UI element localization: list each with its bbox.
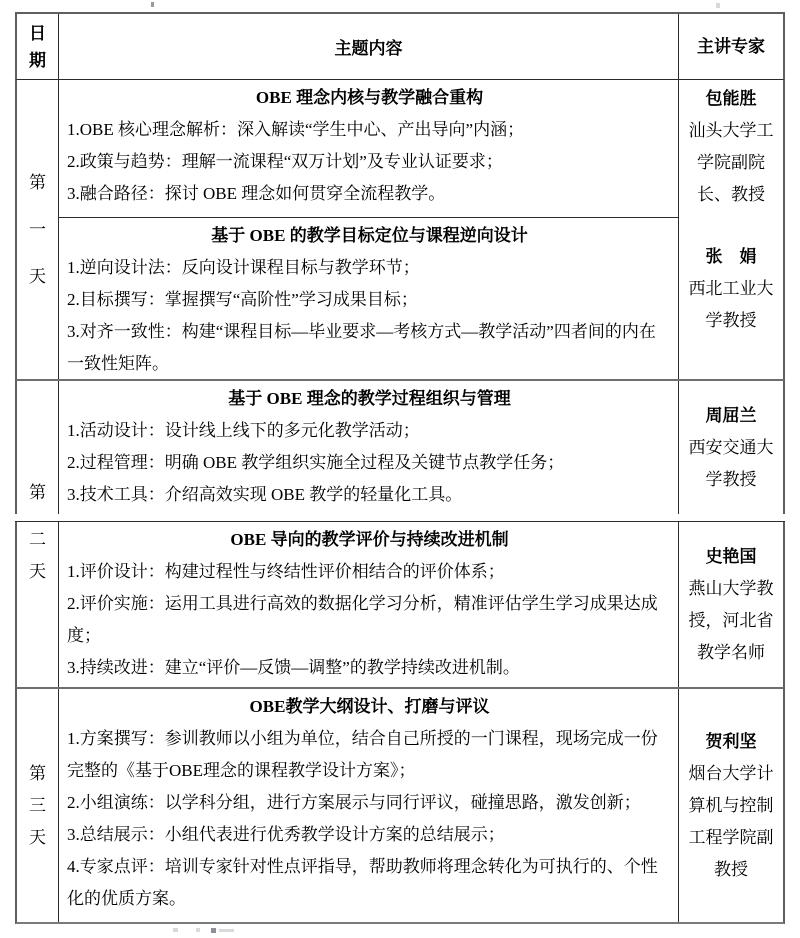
expert-affiliation: 西安交通大学教授 (687, 432, 775, 496)
session-item: 2.评价实施：运用工具进行高效的数据化学习分析，精准评估学生学习成果达成度； (67, 588, 672, 652)
session-item: 1.OBE 核心理念解析：深入解读“学生中心、产出导向”内涵； (67, 114, 672, 146)
session-item: 3.持续改进：建立“评价—反馈—调整”的教学持续改进机制。 (67, 652, 672, 684)
header-date-label: 日 期 (29, 20, 46, 74)
training-schedule-page: 日 期 主题内容 主讲专家 第 一 天 OBE 理念 (0, 0, 800, 938)
session-item: 1.评价设计：构建过程性与终结性评价相结合的评价体系； (67, 556, 672, 588)
header-date-char: 日 (29, 20, 46, 47)
session-title: OBE 理念内核与教学融合重构 (67, 82, 672, 114)
page-artifact (716, 3, 720, 8)
day3-date-cell: 第 三 天 (17, 689, 59, 922)
session-title: OBE教学大纲设计、打磨与评议 (67, 691, 672, 723)
date-char: 二 (29, 524, 46, 556)
session-title: OBE 导向的教学评价与持续改进机制 (67, 524, 672, 556)
day1-date-stack: 第 一 天 (29, 167, 46, 293)
day3-expert-cell: 贺利坚 烟台大学计算机与控制工程学院副教授 (678, 689, 783, 922)
expert-name: 贺利坚 (687, 726, 775, 758)
session-item: 1.方案撰写：参训教师以小组为单位，结合自己所授的一门课程，现场完成一份完整的《… (67, 723, 672, 787)
session-title: 基于 OBE 的教学目标定位与课程逆向设计 (67, 220, 672, 252)
expert-block: 包能胜 汕头大学工学院副院长、教授 (687, 83, 775, 211)
day2-lower-group-row: 二 天 OBE 导向的教学评价与持续改进机制 1.评价设计：构建过程性与终结性评… (15, 522, 785, 687)
day2-date-cell-lower: 二 天 (17, 522, 59, 687)
day1-date-cell: 第 一 天 (17, 80, 59, 379)
expert-affiliation: 西北工业大学教授 (687, 273, 775, 337)
header-date-cell: 日 期 (17, 14, 59, 79)
session-row: 基于 OBE 的教学目标定位与课程逆向设计 1.逆向设计法：反向设计课程目标与教… (59, 217, 678, 379)
day2-expert-cell-upper: 周屈兰 西安交通大学教授 (678, 381, 783, 514)
date-char: 第 (29, 477, 46, 509)
day2-upper-group-row: 第 基于 OBE 理念的教学过程组织与管理 1.活动设计：设计线上线下的多元化教… (15, 379, 785, 514)
session-item: 3.技术工具：介绍高效实现 OBE 教学的轻量化工具。 (67, 479, 672, 511)
session-row: OBE 理念内核与教学融合重构 1.OBE 核心理念解析：深入解读“学生中心、产… (59, 80, 678, 217)
session-item: 2.过程管理：明确 OBE 教学组织实施全过程及关键节点教学任务； (67, 447, 672, 479)
session-item: 2.小组演练：以学科分组，进行方案展示与同行评议，碰撞思路，激发创新； (67, 787, 672, 819)
table-header-row: 日 期 主题内容 主讲专家 (15, 12, 785, 80)
page-artifact (196, 928, 200, 932)
expert-name: 周屈兰 (687, 400, 775, 432)
page-artifact (211, 928, 216, 933)
date-char: 三 (29, 790, 46, 822)
session-item: 1.活动设计：设计线上线下的多元化教学活动； (67, 415, 672, 447)
date-char: 天 (29, 822, 46, 854)
session-item: 3.总结展示：小组代表进行优秀教学设计方案的总结展示； (67, 819, 672, 851)
day3-topic-cell: OBE教学大纲设计、打磨与评议 1.方案撰写：参训教师以小组为单位，结合自己所授… (59, 689, 678, 922)
page-artifact (219, 929, 234, 932)
date-char: 第 (29, 758, 46, 790)
date-char: 天 (29, 556, 46, 588)
expert-affiliation: 燕山大学教授，河北省教学名师 (687, 573, 775, 669)
day1-group-row: 第 一 天 OBE 理念内核与教学融合重构 1.OBE 核心理念解析：深入解读“… (15, 80, 785, 379)
header-date-char: 期 (29, 47, 46, 74)
date-char: 第 (29, 167, 46, 199)
day2-topic-cell-lower: OBE 导向的教学评价与持续改进机制 1.评价设计：构建过程性与终结性评价相结合… (59, 522, 678, 687)
session-item: 3.对齐一致性：构建“课程目标—毕业要求—考核方式—教学活动”四者间的内在一致性… (67, 316, 672, 379)
header-topic-cell: 主题内容 (59, 14, 678, 79)
day2-date-cell-upper: 第 (17, 381, 59, 514)
day1-topic-cell: OBE 理念内核与教学融合重构 1.OBE 核心理念解析：深入解读“学生中心、产… (59, 80, 678, 379)
expert-name: 包能胜 (687, 83, 775, 115)
expert-block: 史艳国 燕山大学教授，河北省教学名师 (687, 541, 775, 669)
day2-expert-cell-lower: 史艳国 燕山大学教授，河北省教学名师 (678, 522, 783, 687)
expert-affiliation: 汕头大学工学院副院长、教授 (687, 115, 775, 211)
expert-name: 张 娟 (687, 241, 775, 273)
session-title: 基于 OBE 理念的教学过程组织与管理 (67, 383, 672, 415)
session-row: OBE 导向的教学评价与持续改进机制 1.评价设计：构建过程性与终结性评价相结合… (59, 522, 678, 687)
session-item: 1.逆向设计法：反向设计课程目标与教学环节； (67, 252, 672, 284)
expert-block: 周屈兰 西安交通大学教授 (687, 400, 775, 496)
expert-name: 史艳国 (687, 541, 775, 573)
date-char: 天 (29, 261, 46, 293)
schedule-table: 日 期 主题内容 主讲专家 第 一 天 OBE 理念 (15, 12, 785, 924)
date-char: 一 (29, 214, 46, 246)
header-topic-label: 主题内容 (335, 34, 403, 59)
page-break-seam (15, 514, 785, 522)
session-item: 2.政策与趋势：理解一流课程“双万计划”及专业认证要求； (67, 146, 672, 178)
expert-block: 张 娟 西北工业大学教授 (687, 241, 775, 337)
header-expert-label: 主讲专家 (697, 31, 765, 63)
session-row: 基于 OBE 理念的教学过程组织与管理 1.活动设计：设计线上线下的多元化教学活… (59, 381, 678, 514)
expert-block: 贺利坚 烟台大学计算机与控制工程学院副教授 (687, 726, 775, 886)
session-item: 4.专家点评：培训专家针对性点评指导，帮助教师将理念转化为可执行的、个性化的优质… (67, 851, 672, 915)
day1-expert-cell: 包能胜 汕头大学工学院副院长、教授 张 娟 西北工业大学教授 (678, 80, 783, 379)
page-artifact (151, 2, 154, 7)
day2-topic-cell-upper: 基于 OBE 理念的教学过程组织与管理 1.活动设计：设计线上线下的多元化教学活… (59, 381, 678, 514)
expert-affiliation: 烟台大学计算机与控制工程学院副教授 (687, 758, 775, 886)
day3-group-row: 第 三 天 OBE教学大纲设计、打磨与评议 1.方案撰写：参训教师以小组为单位，… (15, 687, 785, 924)
session-item: 3.融合路径：探讨 OBE 理念如何贯穿全流程教学。 (67, 178, 672, 210)
session-item: 2.目标撰写：掌握撰写“高阶性”学习成果目标； (67, 284, 672, 316)
session-row: OBE教学大纲设计、打磨与评议 1.方案撰写：参训教师以小组为单位，结合自己所授… (59, 689, 678, 922)
page-artifact (173, 928, 178, 932)
header-expert-cell: 主讲专家 (678, 14, 783, 79)
